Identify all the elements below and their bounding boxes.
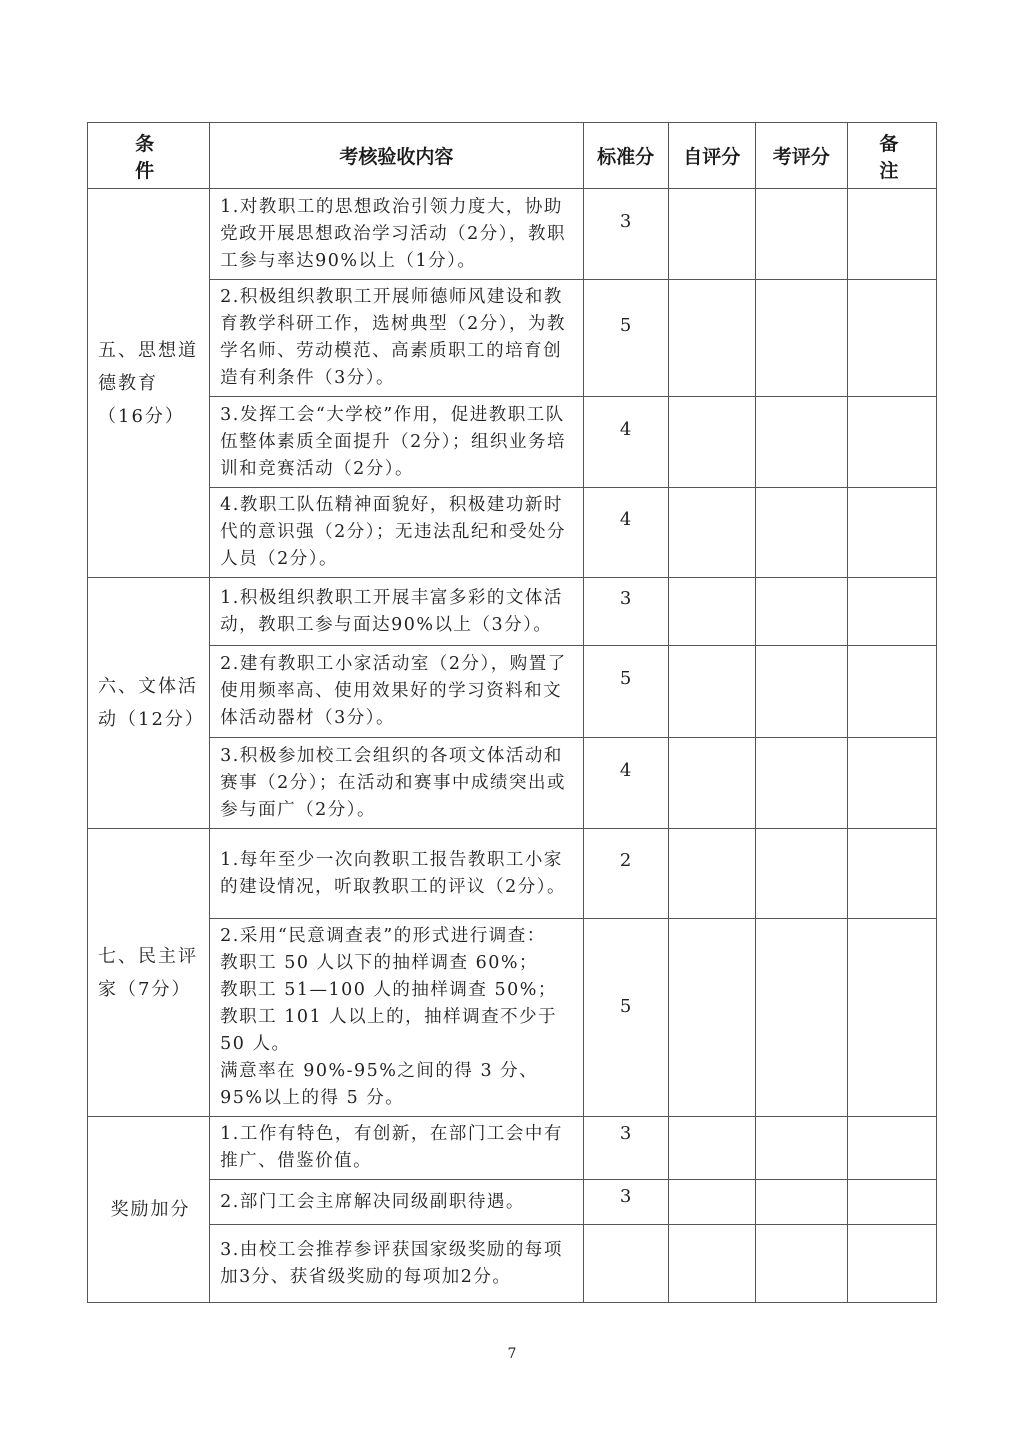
eval-score-cell: [755, 738, 847, 829]
standard-score-value: 3: [584, 211, 668, 232]
remark-cell: [847, 578, 936, 646]
content-cell: 3.发挥工会“大学校”作用，促进教职工队伍整体素质全面提升（2分）；组织业务培训…: [210, 397, 583, 488]
standard-score-value: 4: [584, 419, 668, 440]
eval-score-cell: [755, 1180, 847, 1225]
remark-cell: [847, 1117, 936, 1180]
content-cell: 3.由校工会推荐参评获国家级奖励的每项加3分、获省级奖励的每项加2分。: [210, 1225, 583, 1303]
content-cell: 2.建有教职工小家活动室（2分），购置了使用频率高、使用效果好的学习资料和文体活…: [210, 646, 583, 738]
table-row: 2.建有教职工小家活动室（2分），购置了使用频率高、使用效果好的学习资料和文体活…: [88, 646, 937, 738]
content-cell: 1.积极组织教职工开展丰富多彩的文体活动，教职工参与面达90%以上（3分）。: [210, 578, 583, 646]
table-body: 五、思想道德教育（16分）1.对教职工的思想政治引领力度大，协助党政开展思想政治…: [88, 189, 937, 1303]
table-row: 2.采用“民意调查表”的形式进行调查： 教职工 50 人以下的抽样调查 60%；…: [88, 919, 937, 1117]
standard-score-value: 3: [584, 588, 668, 609]
content-cell: 1.每年至少一次向教职工报告教职工小家的建设情况，听取教职工的评议（2分）。: [210, 829, 583, 919]
standard-score-value: 2: [584, 850, 668, 871]
table-row: 奖励加分1.工作有特色，有创新，在部门工会中有推广、借鉴价值。3: [88, 1117, 937, 1180]
self-score-cell: [668, 1225, 755, 1303]
remark-cell: [847, 919, 936, 1117]
remark-cell: [847, 280, 936, 397]
remark-cell: [847, 189, 936, 280]
content-cell: 2.部门工会主席解决同级副职待遇。: [210, 1180, 583, 1225]
header-remark: 备 注: [847, 123, 936, 189]
standard-score-value: 3: [584, 1186, 668, 1207]
standard-score-value: 5: [584, 996, 668, 1017]
eval-score-cell: [755, 488, 847, 578]
header-self-score: 自评分: [668, 123, 755, 189]
self-score-cell: [668, 397, 755, 488]
standard-score-value: 3: [584, 1123, 668, 1144]
content-cell: 2.采用“民意调查表”的形式进行调查： 教职工 50 人以下的抽样调查 60%；…: [210, 919, 583, 1117]
self-score-cell: [668, 280, 755, 397]
eval-score-cell: [755, 189, 847, 280]
eval-score-cell: [755, 1117, 847, 1180]
category-cell: 五、思想道德教育（16分）: [88, 189, 210, 578]
remark-cell: [847, 488, 936, 578]
category-cell: 六、文体活动（12分）: [88, 578, 210, 829]
table-row: 3.积极参加校工会组织的各项文体活动和赛事（2分）；在活动和赛事中成绩突出或参与…: [88, 738, 937, 829]
content-cell: 4.教职工队伍精神面貌好，积极建功新时代的意识强（2分）；无违法乱纪和受处分人员…: [210, 488, 583, 578]
self-score-cell: [668, 1117, 755, 1180]
table-row: 3.由校工会推荐参评获国家级奖励的每项加3分、获省级奖励的每项加2分。: [88, 1225, 937, 1303]
header-content: 考核验收内容: [210, 123, 583, 189]
self-score-cell: [668, 578, 755, 646]
category-cell: 七、民主评家（7分）: [88, 829, 210, 1117]
evaluation-table: 条 件 考核验收内容 标准分 自评分 考评分 备 注 五、思想道德教育（16分）…: [87, 122, 937, 1303]
standard-score-cell: 5: [583, 919, 668, 1117]
remark-cell: [847, 829, 936, 919]
standard-score-value: 5: [584, 315, 668, 336]
table-row: 3.发挥工会“大学校”作用，促进教职工队伍整体素质全面提升（2分）；组织业务培训…: [88, 397, 937, 488]
table-row: 六、文体活动（12分）1.积极组织教职工开展丰富多彩的文体活动，教职工参与面达9…: [88, 578, 937, 646]
page-number: 7: [0, 1346, 1024, 1362]
standard-score-value: 4: [584, 760, 668, 781]
self-score-cell: [668, 919, 755, 1117]
header-eval-score: 考评分: [755, 123, 847, 189]
eval-score-cell: [755, 397, 847, 488]
document-page: 条 件 考核验收内容 标准分 自评分 考评分 备 注 五、思想道德教育（16分）…: [0, 0, 1024, 1448]
self-score-cell: [668, 1180, 755, 1225]
content-cell: 1.对教职工的思想政治引领力度大，协助党政开展思想政治学习活动（2分），教职工参…: [210, 189, 583, 280]
remark-cell: [847, 646, 936, 738]
remark-cell: [847, 738, 936, 829]
standard-score-cell: 2: [583, 829, 668, 919]
standard-score-cell: 5: [583, 646, 668, 738]
eval-score-cell: [755, 280, 847, 397]
standard-score-value: 5: [584, 668, 668, 689]
remark-cell: [847, 1180, 936, 1225]
table-row: 七、民主评家（7分）1.每年至少一次向教职工报告教职工小家的建设情况，听取教职工…: [88, 829, 937, 919]
standard-score-cell: [583, 1225, 668, 1303]
eval-score-cell: [755, 646, 847, 738]
eval-score-cell: [755, 1225, 847, 1303]
eval-score-cell: [755, 829, 847, 919]
table-header-row: 条 件 考核验收内容 标准分 自评分 考评分 备 注: [88, 123, 937, 189]
standard-score-cell: 3: [583, 1180, 668, 1225]
eval-score-cell: [755, 578, 847, 646]
table-row: 五、思想道德教育（16分）1.对教职工的思想政治引领力度大，协助党政开展思想政治…: [88, 189, 937, 280]
self-score-cell: [668, 646, 755, 738]
standard-score-cell: 4: [583, 738, 668, 829]
table-row: 4.教职工队伍精神面貌好，积极建功新时代的意识强（2分）；无违法乱纪和受处分人员…: [88, 488, 937, 578]
standard-score-cell: 4: [583, 397, 668, 488]
standard-score-cell: 3: [583, 578, 668, 646]
self-score-cell: [668, 488, 755, 578]
standard-score-cell: 3: [583, 1117, 668, 1180]
eval-score-cell: [755, 919, 847, 1117]
content-cell: 1.工作有特色，有创新，在部门工会中有推广、借鉴价值。: [210, 1117, 583, 1180]
content-cell: 2.积极组织教职工开展师德师风建设和教育教学科研工作，选树典型（2分），为教学名…: [210, 280, 583, 397]
standard-score-cell: 4: [583, 488, 668, 578]
content-cell: 3.积极参加校工会组织的各项文体活动和赛事（2分）；在活动和赛事中成绩突出或参与…: [210, 738, 583, 829]
self-score-cell: [668, 189, 755, 280]
standard-score-cell: 5: [583, 280, 668, 397]
table-row: 2.积极组织教职工开展师德师风建设和教育教学科研工作，选树典型（2分），为教学名…: [88, 280, 937, 397]
standard-score-value: 4: [584, 509, 668, 530]
remark-cell: [847, 397, 936, 488]
table-row: 2.部门工会主席解决同级副职待遇。3: [88, 1180, 937, 1225]
remark-cell: [847, 1225, 936, 1303]
header-standard-score: 标准分: [583, 123, 668, 189]
self-score-cell: [668, 829, 755, 919]
self-score-cell: [668, 738, 755, 829]
category-cell: 奖励加分: [88, 1117, 210, 1303]
standard-score-cell: 3: [583, 189, 668, 280]
header-condition: 条 件: [88, 123, 210, 189]
